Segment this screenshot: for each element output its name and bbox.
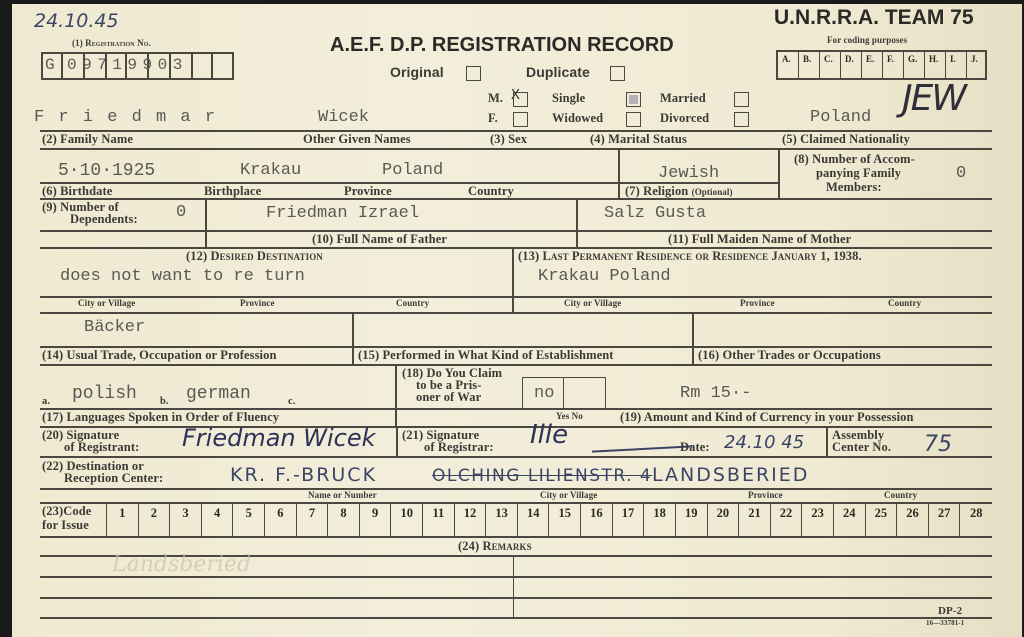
registration-card: 24.10.45 (1) Registration No. G 09719903…	[12, 4, 1022, 637]
pow-value: no	[534, 384, 554, 403]
code-cell-16[interactable]: 16	[581, 502, 613, 536]
nationality-annotation: JEW	[902, 78, 965, 119]
birthdate-label: (6) Birthdate	[42, 184, 112, 199]
religion-label: (7) Religion (Optional)	[625, 184, 733, 199]
remarks-faint-text: Landsberied	[112, 552, 251, 577]
date-value: 24.10 45	[724, 432, 804, 453]
residence-country-label: Country	[888, 298, 921, 308]
code-cell-3[interactable]: 3	[170, 502, 202, 536]
other-trades-label: (16) Other Trades or Occupations	[698, 348, 881, 363]
reception-province-label: Province	[748, 490, 783, 500]
other-given-names-value: Wicek	[318, 108, 369, 127]
mother-name-value: Salz Gusta	[604, 204, 706, 223]
currency-label: (19) Amount and Kind of Currency in your…	[620, 410, 914, 425]
print-code: 16—33781-1	[926, 619, 964, 627]
nationality-value: Poland	[810, 108, 871, 127]
code-cell-26[interactable]: 26	[897, 502, 929, 536]
dependents-label-2: Dependents:	[70, 212, 138, 227]
registration-prefix: G	[45, 56, 55, 74]
registration-number: 09719903	[67, 56, 188, 74]
duplicate-label: Duplicate	[526, 64, 590, 80]
code-cell-28[interactable]: 28	[960, 502, 992, 536]
dest-city-label: City or Village	[78, 298, 135, 308]
family-name-value: F r i e d m a r	[34, 108, 217, 127]
coding-cell-j[interactable]: J.	[967, 52, 988, 78]
coding-boxes: A. B. C. D. E. F. G. H. I. J.	[776, 50, 987, 80]
remarks-label: (24) Remarks	[458, 539, 532, 554]
code-for-issue-grid: (23)Code for Issue 123456789101112131415…	[40, 502, 992, 536]
birthplace-value: Krakau	[240, 161, 301, 180]
sex-m-label: M.	[488, 91, 503, 106]
marital-widowed-checkbox[interactable]	[626, 112, 641, 127]
birthplace-label: Birthplace	[204, 184, 261, 199]
date-label: Date:	[680, 440, 710, 455]
dest-province-label: Province	[240, 298, 275, 308]
marital-status-label: (4) Marital Status	[590, 132, 687, 147]
other-given-names-label: Other Given Names	[303, 132, 411, 147]
coding-purposes-label: For coding purposes	[827, 35, 907, 45]
registration-label: (1) Registration No.	[72, 38, 151, 48]
code-cell-22[interactable]: 22	[771, 502, 803, 536]
accompanying-label-1: (8) Number of Accom-	[794, 152, 915, 167]
occupation-label: (14) Usual Trade, Occupation or Professi…	[42, 348, 277, 363]
code-cell-18[interactable]: 18	[644, 502, 676, 536]
unrra-team-label: U.N.R.R.A. TEAM 75	[774, 6, 974, 30]
code-label-1: (23)Code	[42, 504, 91, 519]
reception-value-2: LANDSBERIED	[652, 464, 809, 486]
code-cell-11[interactable]: 11	[423, 502, 455, 536]
code-cell-17[interactable]: 17	[613, 502, 645, 536]
coding-cell-d[interactable]: D.	[841, 52, 862, 78]
accompanying-label-3: Members:	[826, 180, 882, 195]
coding-cell-g[interactable]: G.	[904, 52, 925, 78]
assembly-label-2: Center No.	[832, 440, 891, 455]
language-a-value: polish	[72, 384, 137, 404]
residence-province-label: Province	[740, 298, 775, 308]
lang-b-marker: b.	[160, 396, 169, 407]
last-residence-label: (13) Last Permanent Residence or Residen…	[518, 249, 862, 264]
coding-cell-b[interactable]: B.	[799, 52, 820, 78]
reception-label-2: Reception Center:	[64, 471, 163, 486]
code-cell-24[interactable]: 24	[834, 502, 866, 536]
establishment-label: (15) Performed in What Kind of Establish…	[358, 348, 614, 363]
reception-name-label: Name or Number	[308, 490, 377, 500]
accompanying-value: 0	[956, 164, 966, 183]
code-cell-8[interactable]: 8	[328, 502, 360, 536]
pow-label-3: oner of War	[416, 390, 481, 405]
sex-f-label: F.	[488, 111, 498, 126]
code-label-2: for Issue	[42, 518, 89, 533]
code-cell-19[interactable]: 19	[676, 502, 708, 536]
sex-f-checkbox[interactable]	[513, 112, 528, 127]
registration-number-box: G 09719903	[41, 52, 234, 80]
marital-single-label: Single	[552, 91, 585, 106]
country-label: Country	[468, 184, 514, 199]
reception-value-1: KR. F.-BRUCK	[230, 464, 377, 486]
original-label: Original	[390, 64, 444, 80]
accompanying-label-2: panying Family	[816, 166, 901, 181]
original-checkbox[interactable]	[466, 66, 481, 81]
languages-label: (17) Languages Spoken in Order of Fluenc…	[42, 410, 279, 425]
coding-cell-a[interactable]: A.	[778, 52, 799, 78]
marital-divorced-label: Divorced	[660, 111, 709, 126]
marital-single-checkbox[interactable]	[626, 92, 641, 107]
occupation-value: Bäcker	[84, 318, 145, 337]
registrar-signature-label-2: of Registrar:	[424, 440, 494, 455]
code-cell-15[interactable]: 15	[550, 502, 582, 536]
code-cell-6[interactable]: 6	[265, 502, 297, 536]
last-residence-value: Krakau Poland	[538, 267, 671, 286]
code-cell-12[interactable]: 12	[455, 502, 487, 536]
desired-destination-label: (12) Desired Destination	[186, 249, 323, 264]
code-cell-27[interactable]: 27	[929, 502, 961, 536]
coding-cell-i[interactable]: I.	[946, 52, 967, 78]
handwritten-date: 24.10.45	[34, 10, 119, 32]
province-value: Poland	[382, 161, 443, 180]
desired-destination-value: does not want to re turn	[60, 267, 305, 286]
code-cell-14[interactable]: 14	[518, 502, 550, 536]
reception-country-label: Country	[884, 490, 917, 500]
registrant-signature: Friedman Wicek	[182, 424, 376, 452]
father-name-label: (10) Full Name of Father	[312, 232, 447, 247]
dependents-value: 0	[176, 203, 186, 222]
code-cell-9[interactable]: 9	[360, 502, 392, 536]
father-name-value: Friedman Izrael	[266, 204, 419, 223]
marital-married-checkbox[interactable]	[734, 92, 749, 107]
lang-c-marker: c.	[288, 396, 296, 407]
currency-value: Rm 15·-	[680, 384, 751, 403]
code-cell-1[interactable]: 1	[107, 502, 139, 536]
code-cell-7[interactable]: 7	[297, 502, 329, 536]
birthdate-value: 5·10·1925	[58, 161, 155, 181]
coding-cell-c[interactable]: C.	[820, 52, 841, 78]
duplicate-checkbox[interactable]	[610, 66, 625, 81]
reception-city-label: City or Village	[540, 490, 597, 500]
code-cell-4[interactable]: 4	[202, 502, 234, 536]
code-cell-25[interactable]: 25	[866, 502, 898, 536]
sex-m-mark: X	[511, 87, 520, 104]
mother-name-label: (11) Full Maiden Name of Mother	[668, 232, 851, 247]
code-cell-20[interactable]: 20	[708, 502, 740, 536]
province-label: Province	[344, 184, 392, 199]
reception-value-struck: OLCHING LILIENSTR. 4	[432, 466, 652, 486]
form-id: DP-2	[938, 605, 962, 617]
sex-label: (3) Sex	[490, 132, 527, 147]
code-cell-5[interactable]: 5	[233, 502, 265, 536]
lang-a-marker: a.	[42, 396, 50, 407]
nationality-label: (5) Claimed Nationality	[782, 132, 910, 147]
code-cell-23[interactable]: 23	[802, 502, 834, 536]
code-cell-13[interactable]: 13	[486, 502, 518, 536]
religion-value: Jewish	[658, 164, 719, 183]
language-b-value: german	[186, 384, 251, 404]
dest-country-label: Country	[396, 298, 429, 308]
form-title: A.E.F. D.P. REGISTRATION RECORD	[330, 34, 674, 57]
registrant-signature-label-2: of Registrant:	[64, 440, 139, 455]
registrar-signature: Ille	[530, 420, 568, 450]
coding-cell-f[interactable]: F.	[883, 52, 904, 78]
signature-flourish	[592, 445, 692, 452]
family-name-label: (2) Family Name	[42, 132, 133, 147]
coding-cell-h[interactable]: H.	[925, 52, 946, 78]
marital-divorced-checkbox[interactable]	[734, 112, 749, 127]
marital-widowed-label: Widowed	[552, 111, 603, 126]
code-cell-2[interactable]: 2	[139, 502, 171, 536]
coding-cell-e[interactable]: E.	[862, 52, 883, 78]
marital-married-label: Married	[660, 91, 706, 106]
assembly-value: 75	[924, 432, 952, 457]
code-cell-10[interactable]: 10	[391, 502, 423, 536]
residence-city-label: City or Village	[564, 298, 621, 308]
code-cell-21[interactable]: 21	[739, 502, 771, 536]
